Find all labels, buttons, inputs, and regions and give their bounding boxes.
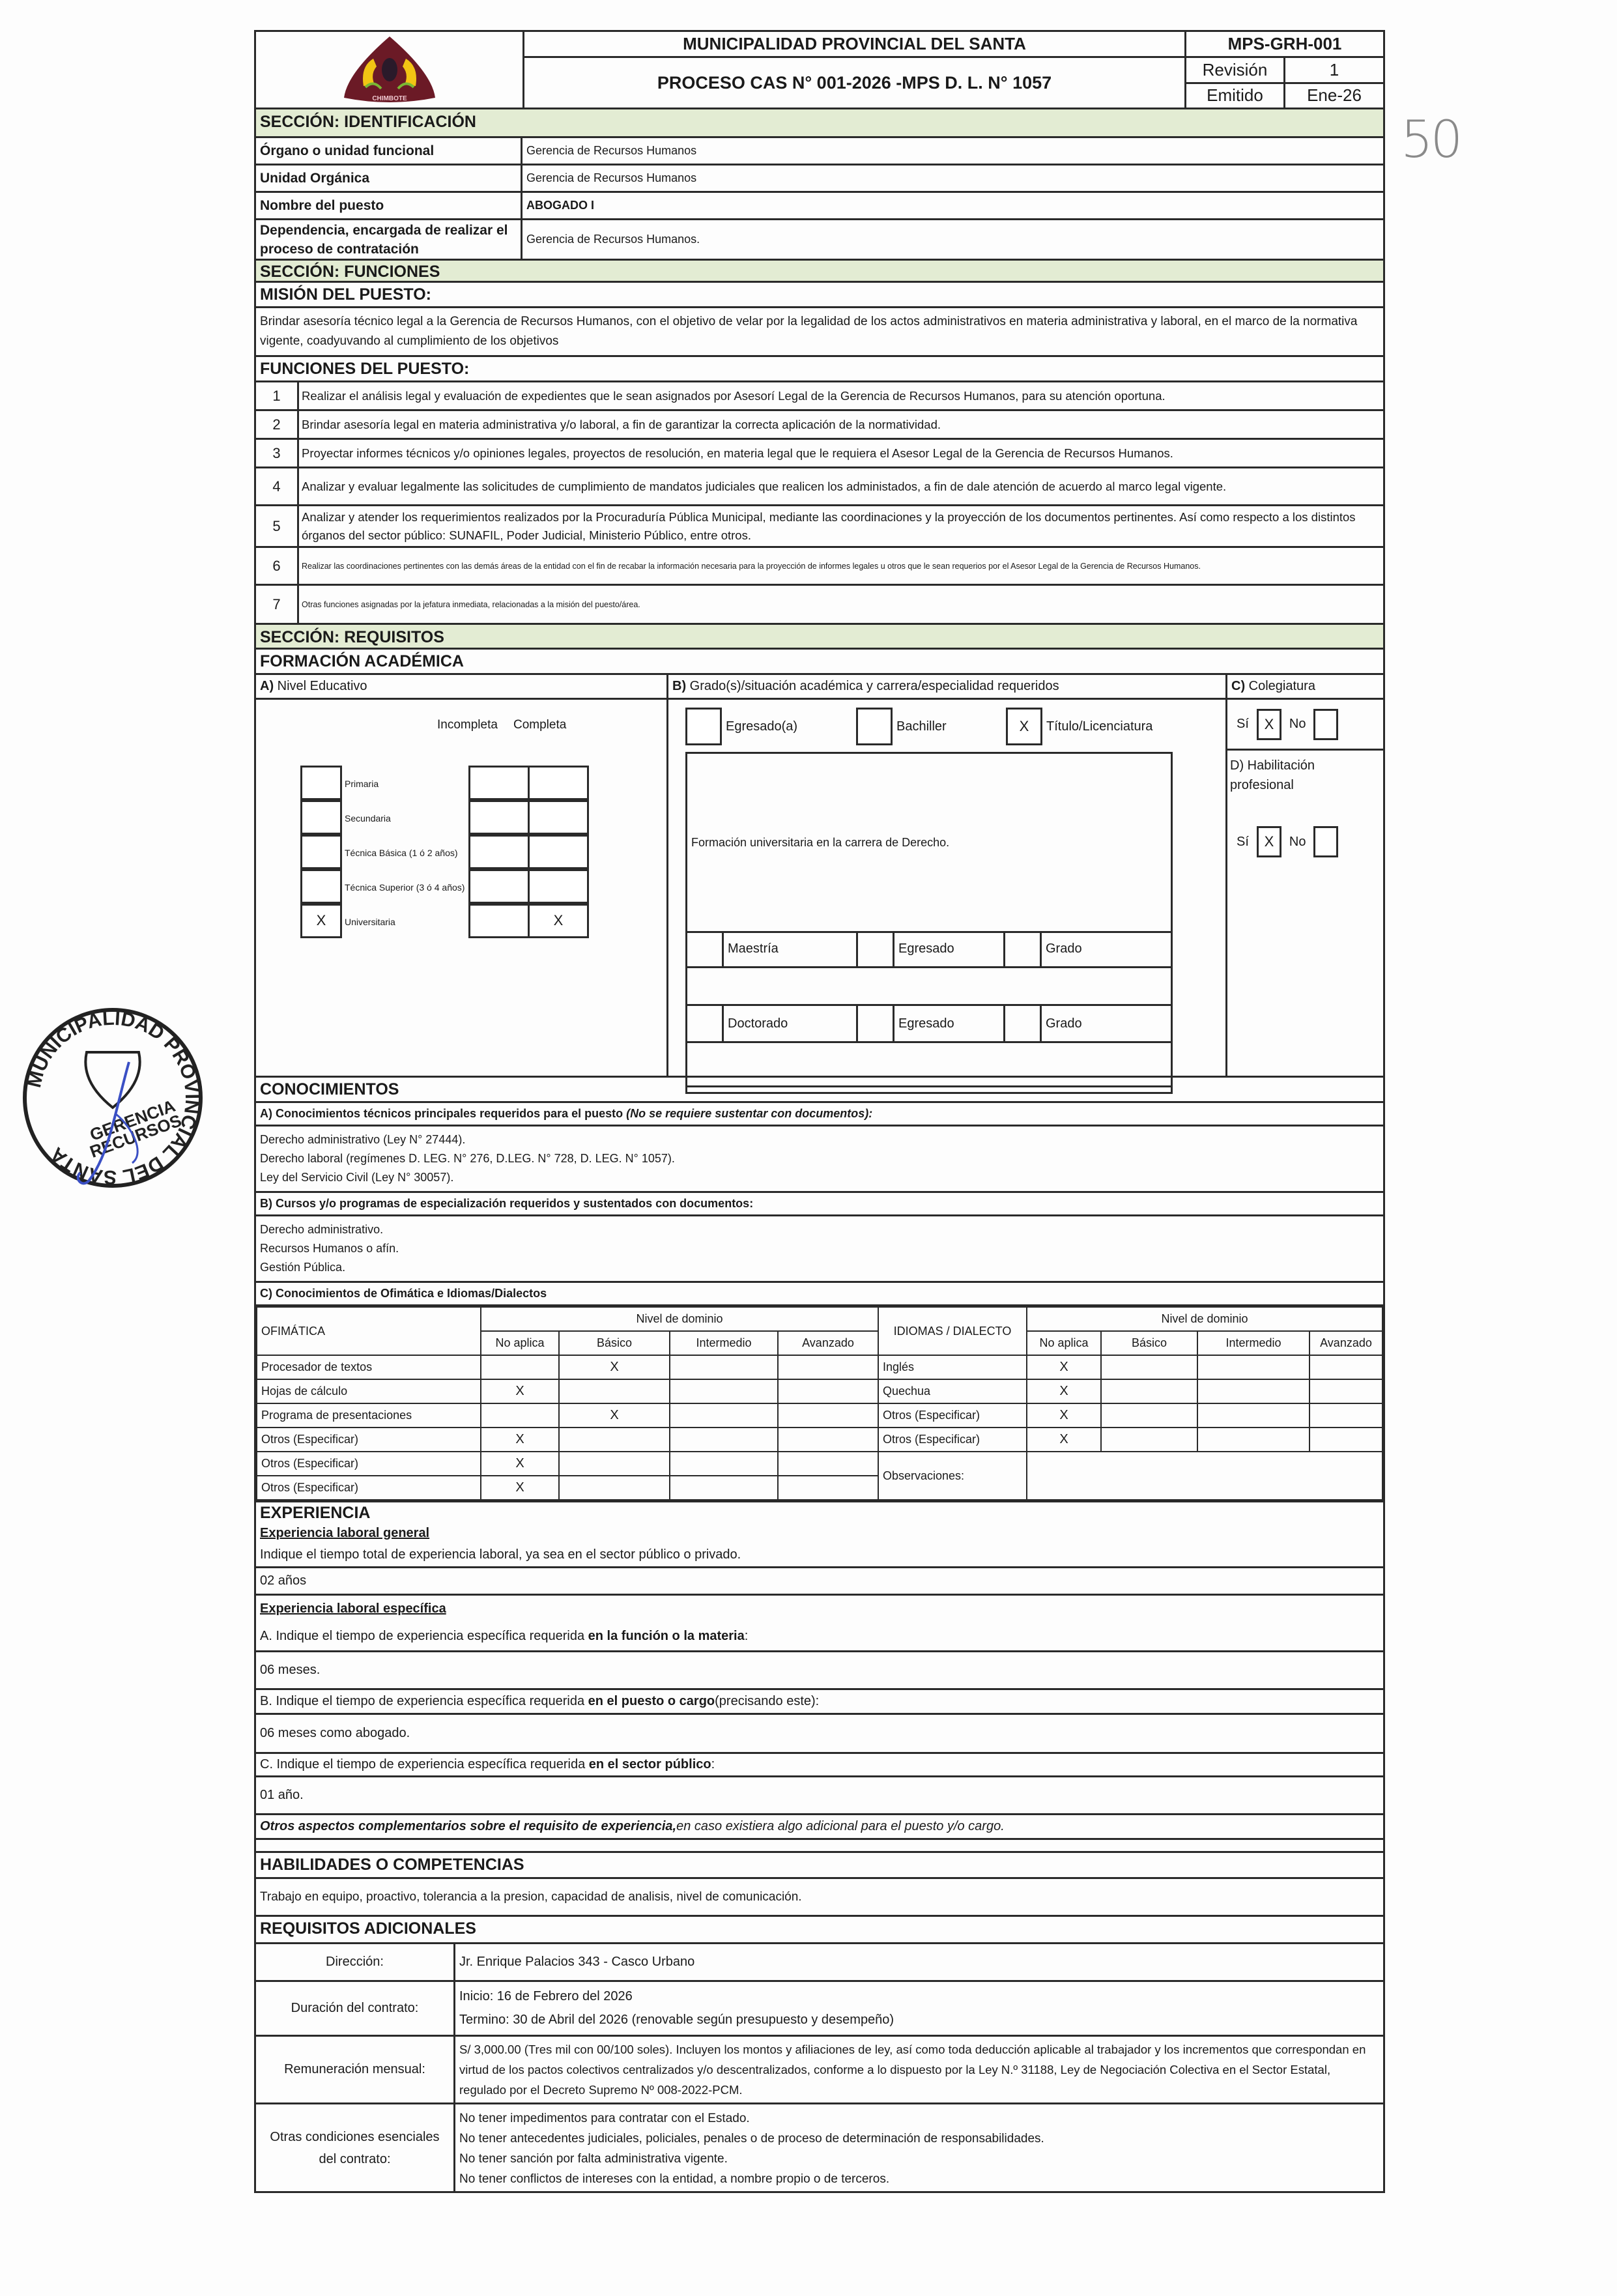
habilidades-title: HABILIDADES O COMPETENCIAS bbox=[256, 1853, 524, 1876]
ofimatica-idiomas-tables: OFIMÁTICA Nivel de dominio IDIOMAS / DIA… bbox=[254, 1306, 1385, 1502]
nivel-label: Secundaria bbox=[342, 812, 468, 825]
funcion-number: 4 bbox=[256, 468, 299, 504]
conocimiento-item: Ley del Servicio Civil (Ley N° 30057). bbox=[260, 1168, 675, 1187]
funcion-row: 1 Realizar el análisis legal y evaluació… bbox=[254, 382, 1385, 411]
document-code: MPS-GRH-001 bbox=[1186, 32, 1383, 58]
experiencia-a-answer[interactable]: 06 meses. bbox=[256, 1652, 324, 1688]
funcion-text: Realizar el análisis legal y evaluación … bbox=[299, 382, 1383, 409]
maestria-egresado-label: Egresado bbox=[894, 931, 1005, 966]
experiencia-otros-question: Otros aspectos complementarios sobre el … bbox=[256, 1815, 1009, 1838]
conocimientos-title: CONOCIMIENTOS bbox=[256, 1078, 399, 1101]
ofimatica-item: Hojas de cálculo bbox=[257, 1379, 481, 1403]
otras-condiciones-list: No tener impedimentos para contratar con… bbox=[455, 2104, 1383, 2191]
nivel-completa-checkbox[interactable] bbox=[528, 835, 589, 869]
doctorado-label: Doctorado bbox=[724, 1006, 858, 1041]
funcion-text: Analizar y atender los requerimientos re… bbox=[299, 506, 1383, 546]
idioma-level-cell[interactable] bbox=[1309, 1403, 1382, 1428]
funcion-text: Proyectar informes técnicos y/o opinione… bbox=[299, 440, 1383, 466]
doctorado-detail[interactable] bbox=[685, 1043, 1173, 1094]
carrera-field[interactable]: Formación universitaria en la carrera de… bbox=[685, 752, 1173, 933]
curso-item: Derecho administrativo. bbox=[260, 1220, 399, 1239]
ident-value: Gerencia de Recursos Humanos bbox=[522, 165, 1383, 191]
nivel-label: Técnica Superior (3 ó 4 años) bbox=[342, 881, 468, 894]
issued-value: Ene-26 bbox=[1285, 84, 1383, 108]
ident-row: Dependencia, encargada de realizar el pr… bbox=[254, 220, 1385, 261]
ofimatica-level-cell[interactable]: X bbox=[481, 1379, 559, 1403]
grado-option: X Título/Licenciatura bbox=[1006, 708, 1175, 745]
doctorado-egresado-checkbox[interactable] bbox=[858, 1006, 894, 1041]
funcion-number: 7 bbox=[256, 586, 299, 623]
section-funciones-title: SECCIÓN: FUNCIONES bbox=[256, 261, 440, 283]
nivel-label: Primaria bbox=[342, 777, 468, 790]
nivel-completa-checkbox[interactable]: X bbox=[528, 904, 589, 938]
conocimiento-item: Derecho laboral (regímenes D. LEG. N° 27… bbox=[260, 1149, 675, 1168]
ofimatica-item: Procesador de textos bbox=[257, 1355, 481, 1379]
funcion-number: 5 bbox=[256, 506, 299, 546]
idiomas-level-header: Básico bbox=[1101, 1331, 1197, 1355]
document-header: CHIMBOTE MUNICIPALIDAD PROVINCIAL DEL SA… bbox=[254, 30, 1385, 109]
conocimientos-b-title: B) Cursos y/o programas de especializaci… bbox=[256, 1193, 757, 1214]
document-sheet: CHIMBOTE MUNICIPALIDAD PROVINCIAL DEL SA… bbox=[254, 30, 1385, 2193]
ofimatica-level-cell[interactable] bbox=[778, 1428, 878, 1452]
nivel-label: Universitaria bbox=[342, 915, 468, 928]
funcion-text: Realizar las coordinaciones pertinentes … bbox=[299, 548, 1383, 584]
grado-checkbox[interactable] bbox=[685, 708, 722, 745]
habilidades-text: Trabajo en equipo, proactivo, tolerancia… bbox=[256, 1879, 806, 1915]
funciones-title: FUNCIONES DEL PUESTO: bbox=[256, 357, 469, 380]
experiencia-a-question: A. Indique el tiempo de experiencia espe… bbox=[256, 1622, 1383, 1650]
official-stamp: MUNICIPALIDAD PROVINCIAL DEL SANTA GEREN… bbox=[18, 1003, 207, 1192]
incompleta-header: Incompleta bbox=[437, 718, 498, 732]
conocimientos-a-title: A) Conocimientos técnicos principales re… bbox=[256, 1103, 876, 1125]
habilitacion-title: D) Habilitación profesional bbox=[1227, 751, 1325, 800]
nivel-incompleta-checkbox[interactable] bbox=[468, 869, 530, 904]
duracion-termino: Termino: 30 de Abril del 2026 (renovable… bbox=[459, 2008, 1379, 2031]
grado-label: Bachiller bbox=[893, 719, 947, 734]
condicion-item: No tener impedimentos para contratar con… bbox=[459, 2108, 1379, 2129]
conocimiento-item: Derecho administrativo (Ley N° 27444). bbox=[260, 1130, 675, 1149]
funcion-text: Otras funciones asignadas por la jefatur… bbox=[299, 586, 1383, 623]
idioma-item: Otros (Especificar) bbox=[878, 1403, 1027, 1428]
idiomas-nivel-header: Nivel de dominio bbox=[1027, 1307, 1382, 1331]
funcion-row: 6 Realizar las coordinaciones pertinente… bbox=[254, 548, 1385, 586]
grado-label: Egresado(a) bbox=[722, 719, 797, 734]
idioma-level-cell[interactable]: X bbox=[1027, 1355, 1101, 1379]
idiomas-level-header: Intermedio bbox=[1197, 1331, 1309, 1355]
conocimientos-a-list: Derecho administrativo (Ley N° 27444).De… bbox=[256, 1126, 679, 1191]
nivel-incompleta-checkbox[interactable] bbox=[468, 766, 530, 800]
idioma-item: Otros (Especificar) bbox=[878, 1428, 1027, 1452]
adicionales-title: REQUISITOS ADICIONALES bbox=[256, 1917, 476, 1940]
experiencia-especifica-title: Experiencia laboral específica bbox=[256, 1596, 1383, 1622]
funcion-row: 4 Analizar y evaluar legalmente las soli… bbox=[254, 468, 1385, 506]
idioma-level-cell[interactable] bbox=[1101, 1403, 1197, 1428]
experiencia-general-answer[interactable]: 02 años bbox=[256, 1568, 310, 1594]
nivel-incompleta-checkbox[interactable] bbox=[468, 835, 530, 869]
doctorado-grado-checkbox[interactable] bbox=[1005, 1006, 1042, 1041]
revision-value: 1 bbox=[1285, 58, 1383, 82]
remuneracion-value: S/ 3,000.00 (Tres mil con 00/100 soles).… bbox=[455, 2037, 1383, 2102]
condicion-item: No tener antecedentes judiciales, polici… bbox=[459, 2129, 1379, 2149]
remuneracion-label: Remuneración mensual: bbox=[256, 2037, 455, 2102]
ofimatica-level-header: Avanzado bbox=[778, 1331, 878, 1355]
ofimatica-level-cell[interactable] bbox=[670, 1379, 778, 1403]
completa-header: Completa bbox=[513, 718, 566, 732]
grado-option: Bachiller bbox=[856, 708, 1006, 745]
nivel-completa-checkbox[interactable] bbox=[528, 766, 589, 800]
ofimatica-level-cell[interactable] bbox=[559, 1428, 670, 1452]
ofimatica-level-cell[interactable]: X bbox=[481, 1452, 559, 1476]
nivel-row: Técnica Superior (3 ó 4 años) bbox=[300, 870, 589, 904]
nivel-completa-checkbox[interactable] bbox=[528, 869, 589, 904]
colegiatura-no-checkbox[interactable] bbox=[1313, 709, 1338, 740]
ident-value: Gerencia de Recursos Humanos bbox=[522, 138, 1383, 164]
funcion-number: 2 bbox=[256, 411, 299, 438]
ofimatica-item: Otros (Especificar) bbox=[257, 1476, 481, 1500]
ofimatica-level-cell[interactable]: X bbox=[559, 1403, 670, 1428]
ofimatica-level-cell[interactable] bbox=[778, 1476, 878, 1500]
ofimatica-level-cell[interactable] bbox=[778, 1379, 878, 1403]
nivel-checkbox[interactable] bbox=[300, 835, 342, 869]
idiomas-header: IDIOMAS / DIALECTO bbox=[878, 1307, 1027, 1355]
direccion-value: Jr. Enrique Palacios 343 - Casco Urbano bbox=[455, 1944, 1383, 1980]
section-requisitos-title: SECCIÓN: REQUISITOS bbox=[256, 625, 444, 650]
funcion-row: 3 Proyectar informes técnicos y/o opinio… bbox=[254, 440, 1385, 468]
ofimatica-level-cell[interactable] bbox=[559, 1476, 670, 1500]
doctorado-egresado-label: Egresado bbox=[894, 1006, 1005, 1041]
experiencia-otros-answer[interactable] bbox=[256, 1840, 264, 1851]
svg-text:MUNICIPALIDAD PROVINCIAL DEL S: MUNICIPALIDAD PROVINCIAL DEL SANTA bbox=[23, 1008, 203, 1188]
mision-text: Brindar asesoría técnico legal a la Gere… bbox=[256, 308, 1383, 355]
formacion-academica-body: Incompleta Completa Primaria Secundaria … bbox=[254, 700, 1385, 1078]
ofimatica-idiomas-table: OFIMÁTICA Nivel de dominio IDIOMAS / DIA… bbox=[256, 1306, 1383, 1500]
nivel-incompleta-checkbox[interactable] bbox=[468, 800, 530, 835]
funcion-number: 6 bbox=[256, 548, 299, 584]
ofimatica-level-cell[interactable] bbox=[670, 1403, 778, 1428]
idioma-level-cell[interactable]: X bbox=[1027, 1403, 1101, 1428]
idioma-level-cell[interactable] bbox=[1197, 1379, 1309, 1403]
idioma-level-cell[interactable] bbox=[1197, 1428, 1309, 1452]
curso-item: Recursos Humanos o afín. bbox=[260, 1239, 399, 1258]
nivel-checkbox[interactable]: X bbox=[300, 904, 342, 938]
grado-checkbox[interactable]: X bbox=[1006, 708, 1042, 745]
direccion-label: Dirección: bbox=[256, 1944, 455, 1980]
experiencia-b-answer[interactable]: 06 meses como abogado. bbox=[256, 1715, 414, 1752]
ofimatica-level-cell[interactable]: X bbox=[481, 1428, 559, 1452]
duracion-label: Duración del contrato: bbox=[256, 1982, 455, 2035]
ofimatica-level-header: No aplica bbox=[481, 1331, 559, 1355]
funcion-row: 7 Otras funciones asignadas por la jefat… bbox=[254, 586, 1385, 625]
funcion-text: Brindar asesoría legal en materia admini… bbox=[299, 411, 1383, 438]
ofimatica-level-cell[interactable] bbox=[778, 1403, 878, 1428]
ofimatica-level-cell[interactable] bbox=[670, 1355, 778, 1379]
ofimatica-level-cell[interactable] bbox=[670, 1452, 778, 1476]
ofimatica-item: Otros (Especificar) bbox=[257, 1452, 481, 1476]
maestria-label: Maestría bbox=[724, 931, 858, 966]
colegiatura-options: Sí X No bbox=[1227, 700, 1383, 751]
entity-name: MUNICIPALIDAD PROVINCIAL DEL SANTA bbox=[524, 32, 1184, 58]
experiencia-b-question: B. Indique el tiempo de experiencia espe… bbox=[256, 1690, 823, 1713]
observaciones-field[interactable] bbox=[1027, 1452, 1382, 1500]
ofimatica-level-cell[interactable] bbox=[481, 1355, 559, 1379]
nivel-checkbox[interactable] bbox=[300, 766, 342, 800]
idiomas-level-header: No aplica bbox=[1027, 1331, 1101, 1355]
municipality-logo: CHIMBOTE bbox=[334, 34, 445, 106]
colegiatura-si-checkbox[interactable]: X bbox=[1257, 709, 1281, 740]
ident-label: Unidad Orgánica bbox=[256, 165, 522, 191]
experiencia-title: EXPERIENCIA bbox=[256, 1502, 1383, 1523]
logo-cell: CHIMBOTE bbox=[256, 32, 524, 108]
process-title: PROCESO CAS N° 001-2026 -MPS D. L. N° 10… bbox=[524, 58, 1184, 108]
duracion-value: Inicio: 16 de Febrero del 2026 Termino: … bbox=[455, 1982, 1383, 2035]
funcion-text: Analizar y evaluar legalmente las solici… bbox=[299, 468, 1383, 504]
nivel-row: Técnica Básica (1 ó 2 años) bbox=[300, 835, 589, 870]
duracion-inicio: Inicio: 16 de Febrero del 2026 bbox=[459, 1985, 1379, 2008]
nivel-checkbox[interactable] bbox=[300, 800, 342, 835]
nivel-label: Técnica Básica (1 ó 2 años) bbox=[342, 846, 468, 859]
svg-text:CHIMBOTE: CHIMBOTE bbox=[372, 95, 407, 102]
ofimatica-level-cell[interactable] bbox=[559, 1452, 670, 1476]
idioma-level-cell[interactable] bbox=[1101, 1379, 1197, 1403]
funcion-row: 2 Brindar asesoría legal en materia admi… bbox=[254, 411, 1385, 440]
maestria-grado-checkbox[interactable] bbox=[1005, 931, 1042, 966]
maestria-detail[interactable] bbox=[685, 968, 1173, 1006]
ident-value: Gerencia de Recursos Humanos. bbox=[522, 220, 1383, 259]
idioma-level-cell[interactable]: X bbox=[1027, 1379, 1101, 1403]
idioma-level-cell[interactable] bbox=[1309, 1428, 1382, 1452]
doctorado-grado-label: Grado bbox=[1042, 1006, 1171, 1041]
idioma-level-cell[interactable] bbox=[1101, 1428, 1197, 1452]
experiencia-general-title: Experiencia laboral general bbox=[256, 1523, 1383, 1543]
idioma-level-cell[interactable]: X bbox=[1027, 1428, 1101, 1452]
maestria-egresado-checkbox[interactable] bbox=[858, 931, 894, 966]
idioma-level-cell[interactable] bbox=[1101, 1355, 1197, 1379]
ofimatica-level-cell[interactable] bbox=[559, 1379, 670, 1403]
ofimatica-level-cell[interactable] bbox=[778, 1452, 878, 1476]
ofimatica-level-cell[interactable]: X bbox=[559, 1355, 670, 1379]
experiencia-c-answer[interactable]: 01 año. bbox=[256, 1777, 308, 1813]
doctorado-checkbox[interactable] bbox=[687, 1006, 724, 1041]
nivel-incompleta-checkbox[interactable] bbox=[468, 904, 530, 938]
funcion-number: 1 bbox=[256, 382, 299, 409]
ofimatica-level-header: Intermedio bbox=[670, 1331, 778, 1355]
nivel-row: Secundaria bbox=[300, 801, 589, 835]
ident-label: Dependencia, encargada de realizar el pr… bbox=[256, 220, 522, 259]
maestria-grado-label: Grado bbox=[1042, 931, 1171, 966]
nivel-row: X Universitaria X bbox=[300, 904, 589, 939]
ofimatica-item: Programa de presentaciones bbox=[257, 1403, 481, 1428]
observaciones-label: Observaciones: bbox=[878, 1452, 1027, 1500]
ofimatica-level-cell[interactable] bbox=[670, 1428, 778, 1452]
ident-label: Nombre del puesto bbox=[256, 193, 522, 218]
idioma-level-cell[interactable] bbox=[1197, 1403, 1309, 1428]
conocimientos-b-list: Derecho administrativo.Recursos Humanos … bbox=[256, 1216, 403, 1281]
condicion-item: No tener sanción por falta administrativ… bbox=[459, 2149, 1379, 2169]
idiomas-level-header: Avanzado bbox=[1309, 1331, 1382, 1355]
handwritten-page-number: 50 bbox=[1401, 111, 1460, 169]
ofimatica-header: OFIMÁTICA bbox=[257, 1307, 481, 1355]
nivel-checkbox[interactable] bbox=[300, 869, 342, 904]
colegiatura-title: C) Colegiatura bbox=[1227, 675, 1383, 698]
experiencia-general-question: Indique el tiempo total de experiencia l… bbox=[256, 1543, 1383, 1566]
habilitacion-options: Sí X No bbox=[1227, 826, 1383, 857]
experiencia-c-question: C. Indique el tiempo de experiencia espe… bbox=[256, 1754, 719, 1775]
ofimatica-item: Otros (Especificar) bbox=[257, 1428, 481, 1452]
grado-checkbox[interactable] bbox=[856, 708, 893, 745]
idioma-item: Quechua bbox=[878, 1379, 1027, 1403]
document-control: MPS-GRH-001 Revisión 1 Emitido Ene-26 bbox=[1186, 32, 1383, 108]
ident-row: Nombre del puesto ABOGADO I bbox=[254, 193, 1385, 220]
idioma-level-cell[interactable] bbox=[1197, 1355, 1309, 1379]
conocimientos-c-title: C) Conocimientos de Ofimática e Idiomas/… bbox=[256, 1283, 551, 1304]
habilitacion-si-checkbox[interactable]: X bbox=[1257, 826, 1281, 857]
doctorado-row: Doctorado Egresado Grado bbox=[685, 1006, 1173, 1043]
otras-condiciones-label: Otras condiciones esenciales del contrat… bbox=[256, 2104, 455, 2191]
grado-label: Título/Licenciatura bbox=[1042, 719, 1152, 734]
ofimatica-level-cell[interactable] bbox=[778, 1355, 878, 1379]
issued-label: Emitido bbox=[1186, 84, 1285, 108]
ofimatica-level-cell[interactable]: X bbox=[481, 1476, 559, 1500]
maestria-checkbox[interactable] bbox=[687, 931, 724, 966]
ofimatica-nivel-header: Nivel de dominio bbox=[481, 1307, 878, 1331]
curso-item: Gestión Pública. bbox=[260, 1258, 399, 1277]
ofimatica-level-cell[interactable] bbox=[670, 1476, 778, 1500]
nivel-row: Primaria bbox=[300, 766, 589, 801]
idioma-item: Inglés bbox=[878, 1355, 1027, 1379]
ofimatica-level-header: Básico bbox=[559, 1331, 670, 1355]
formacion-title: FORMACIÓN ACADÉMICA bbox=[256, 650, 464, 673]
idioma-level-cell[interactable] bbox=[1309, 1379, 1382, 1403]
ident-label: Órgano o unidad funcional bbox=[256, 138, 522, 164]
section-identificacion-title: SECCIÓN: IDENTIFICACIÓN bbox=[256, 109, 476, 134]
grado-option: Egresado(a) bbox=[685, 708, 856, 745]
idioma-level-cell[interactable] bbox=[1309, 1355, 1382, 1379]
funcion-number: 3 bbox=[256, 440, 299, 466]
ident-row: Órgano o unidad funcional Gerencia de Re… bbox=[254, 138, 1385, 165]
funcion-row: 5 Analizar y atender los requerimientos … bbox=[254, 506, 1385, 548]
mision-title: MISIÓN DEL PUESTO: bbox=[256, 283, 431, 306]
revision-label: Revisión bbox=[1186, 58, 1285, 82]
ident-row: Unidad Orgánica Gerencia de Recursos Hum… bbox=[254, 165, 1385, 193]
condicion-item: No tener conflictos de intereses con la … bbox=[459, 2169, 1379, 2189]
nivel-educativo-title: A) Nivel Educativo bbox=[256, 675, 668, 698]
nivel-completa-checkbox[interactable] bbox=[528, 800, 589, 835]
maestria-row: Maestría Egresado Grado Doctorado Egresa… bbox=[685, 931, 1173, 1094]
ofimatica-level-cell[interactable] bbox=[481, 1403, 559, 1428]
ident-value: ABOGADO I bbox=[522, 193, 1383, 218]
habilitacion-no-checkbox[interactable] bbox=[1313, 826, 1338, 857]
grado-title: B) Grado(s)/situación académica y carrer… bbox=[668, 675, 1227, 698]
